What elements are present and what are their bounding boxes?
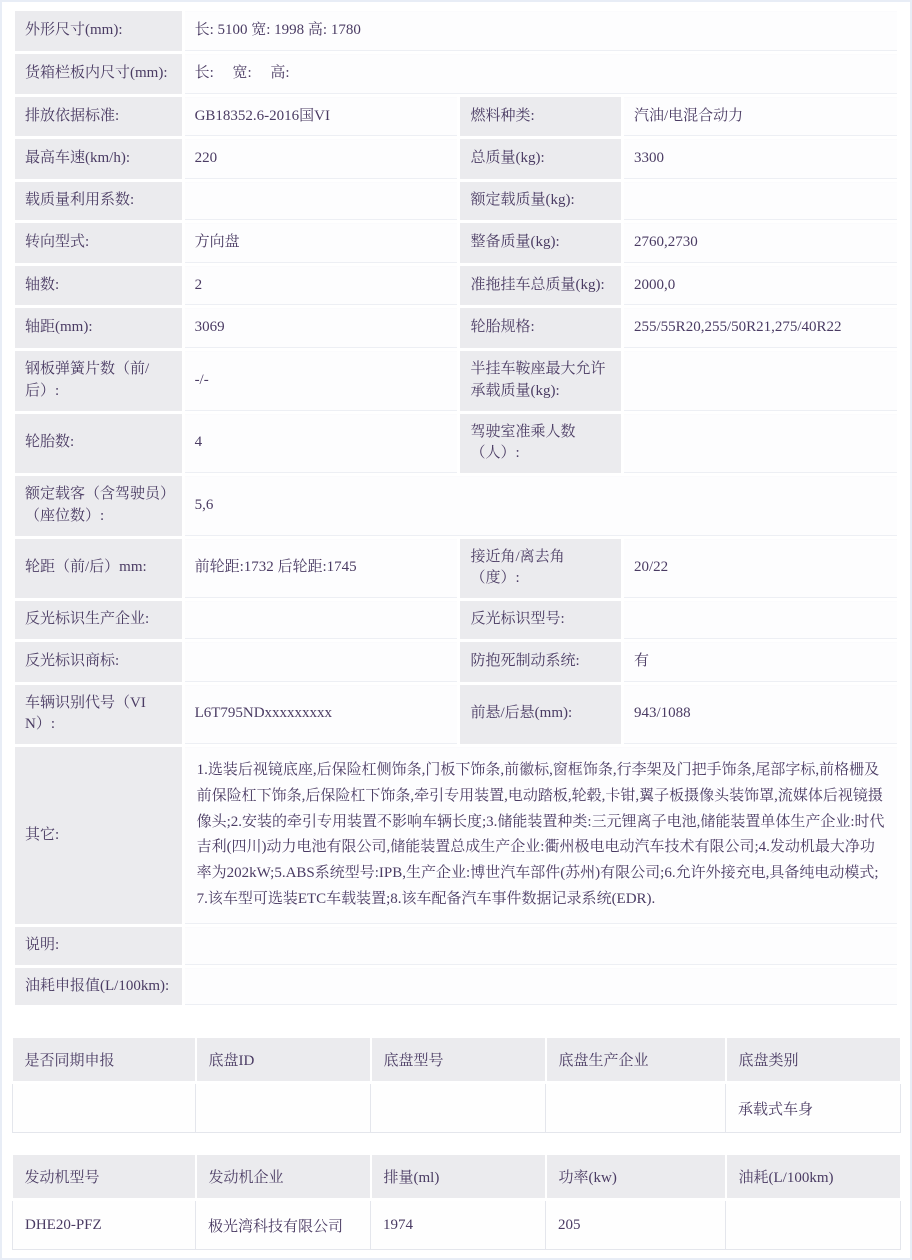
engine-header-cell: 油耗(L/100km) — [726, 1155, 901, 1200]
engine-data-cell: 极光湾科技有限公司 — [196, 1200, 371, 1250]
chassis-data-row: 承载式车身 — [13, 1083, 901, 1133]
spec-label-cell: 货箱栏板内尺寸(mm): — [15, 54, 182, 94]
chassis-data-cell — [371, 1083, 546, 1133]
chassis-data-cell: 承载式车身 — [726, 1083, 901, 1133]
spec-label-cell: 钢板弹簧片数（前/后）: — [15, 351, 182, 411]
chassis-table: 是否同期申报底盘ID底盘型号底盘生产企业底盘类别 承载式车身 — [12, 1038, 902, 1133]
spec-label-cell: 轴数: — [15, 266, 182, 306]
spec-label-cell: 油耗申报值(L/100km): — [15, 968, 182, 1006]
spec-label-cell: 准拖挂车总质量(kg): — [460, 266, 621, 306]
spec-label-cell: 额定载质量(kg): — [460, 182, 621, 220]
engine-header-cell: 发动机企业 — [196, 1155, 371, 1200]
spec-row: 轮胎数:4驾驶室准乘人数（人）: — [15, 414, 897, 474]
spec-value-cell — [624, 182, 897, 220]
engine-data-cell: 1974 — [371, 1200, 546, 1250]
section-gap — [12, 1008, 900, 1038]
spec-label-cell: 载质量利用系数: — [15, 182, 182, 220]
chassis-data-cell — [13, 1083, 196, 1133]
spec-value-cell: GB18352.6-2016国VI — [185, 97, 458, 137]
spec-row: 说明: — [15, 927, 897, 965]
spec-label-cell: 反光标识商标: — [15, 642, 182, 682]
spec-label-cell: 轮胎数: — [15, 414, 182, 474]
spec-label-cell: 说明: — [15, 927, 182, 965]
spec-row: 货箱栏板内尺寸(mm):长: 宽: 高: — [15, 54, 897, 94]
engine-data-cell: DHE20-PFZ — [13, 1200, 196, 1250]
chassis-data-cell — [546, 1083, 726, 1133]
engine-header-cell: 功率(kw) — [546, 1155, 726, 1200]
spec-value-cell: 汽油/电混合动力 — [624, 97, 897, 137]
spec-value-cell — [185, 927, 897, 965]
spec-label-cell: 反光标识型号: — [460, 601, 621, 639]
chassis-header-cell: 是否同期申报 — [13, 1038, 196, 1083]
spec-label-cell: 轮距（前/后）mm: — [15, 539, 182, 599]
engine-header-row: 发动机型号发动机企业排量(ml)功率(kw)油耗(L/100km) — [13, 1155, 901, 1200]
spec-row: 外形尺寸(mm):长: 5100 宽: 1998 高: 1780 — [15, 11, 897, 51]
spec-table: 外形尺寸(mm):长: 5100 宽: 1998 高: 1780货箱栏板内尺寸(… — [12, 8, 900, 1008]
spec-value-cell: 长: 5100 宽: 1998 高: 1780 — [185, 11, 897, 51]
spec-value-cell: 2000,0 — [624, 266, 897, 306]
spec-value-cell: 943/1088 — [624, 685, 897, 745]
engine-table: 发动机型号发动机企业排量(ml)功率(kw)油耗(L/100km) DHE20-… — [12, 1155, 902, 1250]
spec-label-cell: 总质量(kg): — [460, 139, 621, 179]
spec-row: 排放依据标准:GB18352.6-2016国VI燃料种类:汽油/电混合动力 — [15, 97, 897, 137]
spec-label-cell: 整备质量(kg): — [460, 223, 621, 263]
vehicle-spec-document: 外形尺寸(mm):长: 5100 宽: 1998 高: 1780货箱栏板内尺寸(… — [0, 0, 912, 1260]
spec-value-cell — [185, 642, 458, 682]
spec-value-cell: 方向盘 — [185, 223, 458, 263]
spec-row: 反光标识商标:防抱死制动系统:有 — [15, 642, 897, 682]
spec-value-cell — [624, 351, 897, 411]
spec-label-cell: 半挂车鞍座最大允许承载质量(kg): — [460, 351, 621, 411]
spec-label-cell: 轴距(mm): — [15, 308, 182, 348]
spec-value-cell: 2 — [185, 266, 458, 306]
spec-value-cell: 220 — [185, 139, 458, 179]
spec-label-cell: 接近角/离去角（度）: — [460, 539, 621, 599]
spec-row: 车辆识别代号（VIN）:L6T795NDxxxxxxxxx前悬/后悬(mm):9… — [15, 685, 897, 745]
spec-row: 轮距（前/后）mm:前轮距:1732 后轮距:1745接近角/离去角（度）:20… — [15, 539, 897, 599]
spec-value-cell: 3300 — [624, 139, 897, 179]
spec-value-cell: 4 — [185, 414, 458, 474]
spec-value-cell — [185, 968, 897, 1006]
spec-label-cell: 排放依据标准: — [15, 97, 182, 137]
spec-label-cell: 额定载客（含驾驶员）（座位数）: — [15, 476, 182, 536]
spec-value-cell: 5,6 — [185, 476, 897, 536]
spec-label-cell: 前悬/后悬(mm): — [460, 685, 621, 745]
spec-value-cell: 前轮距:1732 后轮距:1745 — [185, 539, 458, 599]
spec-row: 油耗申报值(L/100km): — [15, 968, 897, 1006]
spec-label-cell: 车辆识别代号（VIN）: — [15, 685, 182, 745]
section-gap — [12, 1133, 900, 1155]
spec-label-cell: 最高车速(km/h): — [15, 139, 182, 179]
spec-label-cell: 轮胎规格: — [460, 308, 621, 348]
spec-label-cell: 其它: — [15, 747, 182, 924]
chassis-header-row: 是否同期申报底盘ID底盘型号底盘生产企业底盘类别 — [13, 1038, 901, 1083]
spec-value-cell — [185, 182, 458, 220]
spec-value-cell — [624, 601, 897, 639]
spec-value-cell: 2760,2730 — [624, 223, 897, 263]
engine-data-cell: 205 — [546, 1200, 726, 1250]
engine-header-cell: 排量(ml) — [371, 1155, 546, 1200]
spec-value-cell: 1.选装后视镜底座,后保险杠侧饰条,门板下饰条,前徽标,窗框饰条,行李架及门把手… — [185, 747, 897, 924]
spec-row: 轴距(mm):3069轮胎规格:255/55R20,255/50R21,275/… — [15, 308, 897, 348]
spec-value-cell: 255/55R20,255/50R21,275/40R22 — [624, 308, 897, 348]
spec-label-cell: 转向型式: — [15, 223, 182, 263]
spec-label-cell: 驾驶室准乘人数（人）: — [460, 414, 621, 474]
spec-row: 其它:1.选装后视镜底座,后保险杠侧饰条,门板下饰条,前徽标,窗框饰条,行李架及… — [15, 747, 897, 924]
spec-value-cell: 长: 宽: 高: — [185, 54, 897, 94]
spec-label-cell: 防抱死制动系统: — [460, 642, 621, 682]
spec-row: 额定载客（含驾驶员）（座位数）:5,6 — [15, 476, 897, 536]
chassis-header-cell: 底盘生产企业 — [546, 1038, 726, 1083]
spec-row: 载质量利用系数:额定载质量(kg): — [15, 182, 897, 220]
spec-row: 轴数:2准拖挂车总质量(kg):2000,0 — [15, 266, 897, 306]
engine-header-cell: 发动机型号 — [13, 1155, 196, 1200]
spec-row: 反光标识生产企业:反光标识型号: — [15, 601, 897, 639]
spec-value-cell: 20/22 — [624, 539, 897, 599]
spec-value-cell: 3069 — [185, 308, 458, 348]
spec-label-cell: 外形尺寸(mm): — [15, 11, 182, 51]
engine-data-cell — [726, 1200, 901, 1250]
chassis-header-cell: 底盘型号 — [371, 1038, 546, 1083]
spec-row: 钢板弹簧片数（前/后）:-/-半挂车鞍座最大允许承载质量(kg): — [15, 351, 897, 411]
spec-value-cell: 有 — [624, 642, 897, 682]
chassis-data-cell — [196, 1083, 371, 1133]
spec-label-cell: 反光标识生产企业: — [15, 601, 182, 639]
spec-value-cell — [185, 601, 458, 639]
engine-data-row: DHE20-PFZ极光湾科技有限公司1974205 — [13, 1200, 901, 1250]
spec-row: 最高车速(km/h):220总质量(kg):3300 — [15, 139, 897, 179]
spec-value-cell: L6T795NDxxxxxxxxx — [185, 685, 458, 745]
chassis-header-cell: 底盘ID — [196, 1038, 371, 1083]
spec-row: 转向型式:方向盘整备质量(kg):2760,2730 — [15, 223, 897, 263]
spec-label-cell: 燃料种类: — [460, 97, 621, 137]
spec-value-cell: -/- — [185, 351, 458, 411]
spec-value-cell — [624, 414, 897, 474]
chassis-header-cell: 底盘类别 — [726, 1038, 901, 1083]
